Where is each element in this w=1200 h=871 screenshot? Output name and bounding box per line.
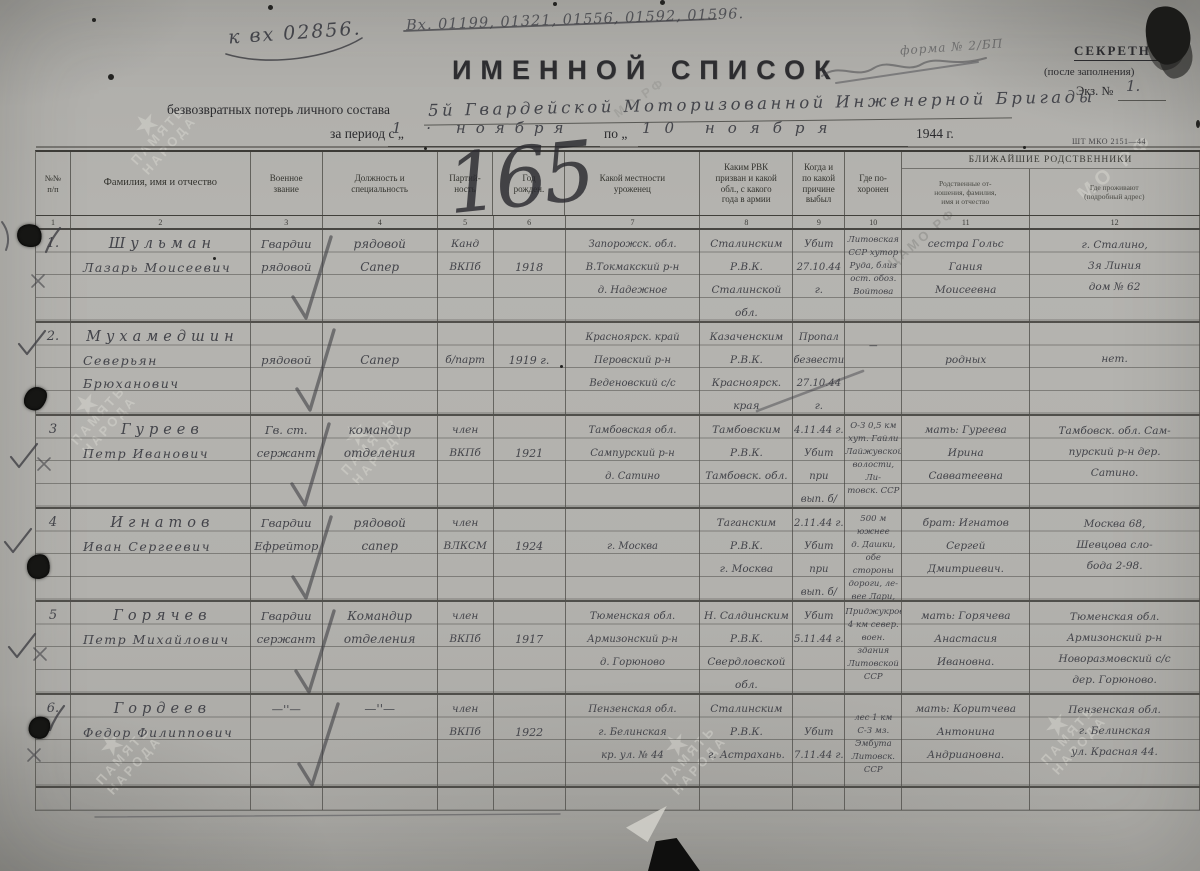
- relatives-group-title: БЛИЖАЙШИЕ РОДСТВЕННИКИ: [902, 152, 1199, 169]
- pencil-page-number: 165: [443, 131, 595, 228]
- cell-position: рядовой сапер: [323, 509, 438, 600]
- cell-rank: —''—: [251, 695, 323, 786]
- cell-num: 6.: [36, 695, 71, 786]
- cell-rank: Гвардии сержант: [251, 602, 323, 693]
- surname: Игнатов: [75, 512, 250, 535]
- cell-rvk: Казаченским Р.В.К. Красноярск. края: [700, 323, 793, 414]
- speck: [213, 257, 216, 260]
- cell-rvk: Тамбовским Р.В.К. Тамбовск. обл.: [700, 416, 793, 507]
- stamp-scribble: [836, 62, 978, 83]
- period-to-label: по „: [604, 126, 627, 142]
- cell-born: 1921: [494, 416, 566, 507]
- cell-born: 1922: [494, 695, 566, 786]
- cell-address: нет.: [1030, 323, 1200, 414]
- cell-birthplace: Пензенская обл. г. Белинская кр. ул. № 4…: [566, 695, 701, 786]
- speck: [424, 147, 427, 150]
- cell-rvk: Н. Салдинским Р.В.К. Свердловской обл.: [700, 602, 793, 693]
- reference-numbers-note: Вх. 01199, 01321, 01556, 01592, 01596.: [406, 6, 745, 34]
- cell-rank: рядовой: [251, 323, 323, 414]
- cell-name: ГорячевПетр Михайлович: [71, 602, 251, 693]
- col-num: 3: [251, 216, 323, 228]
- speck: [268, 5, 273, 10]
- pencil-line: [95, 814, 560, 817]
- col-num: 11: [902, 216, 1030, 228]
- cell-birthplace: Запорожск. обл. В.Токмакский р-н д. Наде…: [566, 230, 701, 321]
- cell-burial: О-З 0,5 км хут. Гайли Лайжувской волости…: [845, 416, 902, 507]
- col-num: 10: [845, 216, 902, 228]
- margin-check-mark: [5, 529, 31, 552]
- speck: [660, 0, 665, 5]
- col-num: 4: [323, 216, 438, 228]
- cell-rank: Гвардии Ефрейтор: [251, 509, 323, 600]
- cell-birthplace: г. Москва: [566, 509, 701, 600]
- cell-burial: 500 м южнее д. Дашки, обе стороны дороги…: [845, 509, 902, 600]
- col-header-relative: Родственные от- ношения, фамилия, имя и …: [902, 169, 1030, 215]
- cell-address: г. Сталино, 3я Линия дом № 62: [1030, 230, 1200, 321]
- cell-burial: Литовская ССР хутор Руда, близ ост. обоз…: [845, 230, 902, 321]
- cell-relative: брат: Игнатов Сергей Дмитриевич.: [902, 509, 1030, 600]
- col-header-name: Фамилия, имя и отчество: [71, 152, 251, 215]
- cell-party: член ВЛКСМ: [438, 509, 494, 600]
- period-year: 1944 г.: [916, 126, 954, 142]
- copy-number-value: 1.: [1126, 77, 1140, 95]
- cell-empty: [36, 788, 71, 810]
- cell-relative: мать: Горячева Анастасия Ивановна.: [902, 602, 1030, 693]
- cell-birthplace: Тамбовская обл. Сампурский р-н д. Сатино: [566, 416, 701, 507]
- col-header-rank: Военное звание: [251, 152, 323, 215]
- cell-relative: сестра Гольс Гания Моисеевна: [902, 230, 1030, 321]
- cell-burial: лес 1 км С-З мз. Эмбута Литовск. ССР: [845, 695, 902, 786]
- cell-party: б/парт: [438, 323, 494, 414]
- form-code: ШТ МКО 2151—44: [1072, 137, 1146, 146]
- cell-fate: Убит 7.11.44 г.: [793, 695, 845, 786]
- cell-name: ИгнатовИван Сергеевич: [71, 509, 251, 600]
- cell-address: Тамбовск. обл. Сам- пурский р-н дер. Сат…: [1030, 416, 1200, 507]
- cell-rank: Гв. ст. сержант: [251, 416, 323, 507]
- given-name: Иван Сергеевич: [75, 535, 250, 558]
- column-numbers-row: 1 2 3 4 5 6 7 8 9 10 11 12: [36, 216, 1200, 230]
- margin-check-mark: [9, 634, 35, 657]
- after-fill-label: (после заполнения): [1044, 66, 1134, 78]
- cell-born: 1919 г.: [494, 323, 566, 414]
- cell-burial: —: [845, 323, 902, 414]
- cell-empty: [700, 788, 793, 810]
- period-to-value: 10 ноября: [642, 119, 840, 137]
- cell-empty: [845, 788, 902, 810]
- incoming-number-note: к вх 02856.: [227, 17, 362, 48]
- margin-check-mark: [11, 444, 37, 467]
- cell-num: 1.: [36, 230, 71, 321]
- cell-fate: Пропал безвести 27.10.44 г.: [793, 323, 845, 414]
- cell-position: Сапер: [323, 323, 438, 414]
- cell-name: ГордеевФедор Филиппович: [71, 695, 251, 786]
- surname: Гордеев: [75, 698, 250, 721]
- cell-address: Тюменская обл. Армизонский р-н Новоразмо…: [1030, 602, 1200, 693]
- empty-row: [36, 788, 1200, 811]
- cell-rvk: Таганским Р.В.К. г. Москва: [700, 509, 793, 600]
- col-num: 2: [71, 216, 251, 228]
- form-stamp: форма № 2/БП: [900, 36, 1004, 57]
- col-header-num: №№ п/п: [36, 152, 71, 215]
- cell-born: 1918: [494, 230, 566, 321]
- cell-fate: Убит 27.10.44 г.: [793, 230, 845, 321]
- page-title: ИМЕННОЙ СПИСОК: [452, 55, 839, 86]
- cell-party: член ВКПб: [438, 602, 494, 693]
- given-name: Петр Иванович: [75, 442, 250, 465]
- cell-empty: [494, 788, 566, 810]
- cell-born: 1917: [494, 602, 566, 693]
- col-num: 8: [700, 216, 793, 228]
- cell-num: 3: [36, 416, 71, 507]
- col-num: 9: [793, 216, 845, 228]
- cell-position: —''—: [323, 695, 438, 786]
- cell-party: член ВКПб: [438, 416, 494, 507]
- speck: [1196, 120, 1200, 128]
- cell-address: Москва 68, Шевцова сло- бода 2-98.: [1030, 509, 1200, 600]
- cell-burial: Приджукрове 4 км север. воен. здания Лит…: [845, 602, 902, 693]
- cell-empty: [566, 788, 701, 810]
- cell-empty: [902, 788, 1030, 810]
- cell-empty: [251, 788, 323, 810]
- cell-birthplace: Тюменская обл. Армизонский р-н д. Горюно…: [566, 602, 701, 693]
- cell-fate: 4.11.44 г. Убит при вып. б/зад.: [793, 416, 845, 507]
- cell-empty: [1030, 788, 1200, 810]
- cell-rvk: Сталинским Р.В.К. Сталинской обл.: [700, 230, 793, 321]
- table-header-row: №№ п/п Фамилия, имя и отчество Военное з…: [36, 152, 1200, 216]
- margin-pen-mark: [2, 222, 8, 250]
- given-name: Федор Филиппович: [75, 721, 250, 744]
- given-name: Лазарь Моисеевич: [75, 256, 250, 279]
- speck: [560, 365, 563, 368]
- table-row: 5ГорячевПетр МихайловичГвардии сержантКо…: [36, 602, 1200, 695]
- speck: [92, 18, 96, 22]
- cell-rvk: Сталинским Р.В.К. г. Астрахань.: [700, 695, 793, 786]
- cell-relative: мать: Коритчева Антонина Андриановна.: [902, 695, 1030, 786]
- cell-name: ГуреевПетр Иванович: [71, 416, 251, 507]
- col-header-position: Должность и специальность: [323, 152, 438, 215]
- cell-address: Пензенская обл. г. Белинская ул. Красная…: [1030, 695, 1200, 786]
- col-num: 12: [1030, 216, 1200, 228]
- cell-empty: [71, 788, 251, 810]
- cell-party: Канд ВКПб: [438, 230, 494, 321]
- col-header-rvk: Каким РВК призван и какой обл., с какого…: [700, 152, 793, 215]
- cell-fate: 2.11.44 г. Убит при вып. б/зад.: [793, 509, 845, 600]
- cell-party: член ВКПб: [438, 695, 494, 786]
- speck: [1023, 146, 1026, 149]
- cell-position: рядовой Сапер: [323, 230, 438, 321]
- cell-relative: родных: [902, 323, 1030, 414]
- paper-fold: [626, 806, 674, 842]
- surname: Гуреев: [75, 419, 250, 442]
- cell-born: 1924: [494, 509, 566, 600]
- col-header-burial: Где по- хоронен: [845, 152, 902, 215]
- losses-table: №№ п/п Фамилия, имя и отчество Военное з…: [35, 150, 1200, 811]
- torn-notch: [648, 838, 700, 871]
- table-row: 3ГуреевПетр ИвановичГв. ст. сержанткоман…: [36, 416, 1200, 509]
- surname: Шульман: [75, 233, 250, 256]
- col-header-fate: Когда и по какой причине выбыл: [793, 152, 845, 215]
- surname: Мухамедшин: [75, 326, 250, 349]
- given-name: Северьян Брюханович: [75, 349, 250, 395]
- cell-name: МухамедшинСеверьян Брюханович: [71, 323, 251, 414]
- document-page: ★ ПАМЯТЬ НАРОДА ★ ПАМЯТЬ НАРОДА ★ ПАМЯТЬ…: [0, 0, 1200, 871]
- cell-name: ШульманЛазарь Моисеевич: [71, 230, 251, 321]
- subtitle-printed: безвозвратных потерь личного состава: [167, 102, 390, 118]
- cell-position: Командир отделения: [323, 602, 438, 693]
- cell-position: командир отделения: [323, 416, 438, 507]
- cell-rank: Гвардии рядовой: [251, 230, 323, 321]
- cell-fate: Убит 5.11.44 г.: [793, 602, 845, 693]
- speck: [108, 74, 114, 80]
- cell-empty: [323, 788, 438, 810]
- surname: Горячев: [75, 605, 250, 628]
- table-row: 6.ГордеевФедор Филиппович—''——''—член ВК…: [36, 695, 1200, 788]
- cell-birthplace: Красноярск. край Перовский р-н Веденовск…: [566, 323, 701, 414]
- table-row: 2.МухамедшинСеверьян Брюханович рядовой …: [36, 323, 1200, 416]
- cell-empty: [793, 788, 845, 810]
- given-name: Петр Михайлович: [75, 628, 250, 651]
- stamp-scribble: [822, 58, 986, 76]
- col-group-relatives: БЛИЖАЙШИЕ РОДСТВЕННИКИ Родственные от- н…: [902, 152, 1200, 215]
- table-body: 1.ШульманЛазарь МоисеевичГвардии рядовой…: [36, 230, 1200, 811]
- table-row: 1.ШульманЛазарь МоисеевичГвардии рядовой…: [36, 230, 1200, 323]
- col-num: 1: [36, 216, 71, 228]
- star-icon: ★: [131, 109, 160, 138]
- cell-num: 5: [36, 602, 71, 693]
- cell-relative: мать: Гуреева Ирина Савватеевна: [902, 416, 1030, 507]
- cell-empty: [438, 788, 494, 810]
- col-header-address: Где проживают (подробный адрес): [1030, 169, 1199, 215]
- table-row: 4ИгнатовИван СергеевичГвардии Ефрейторря…: [36, 509, 1200, 602]
- unit-name-handwritten: 5й Гвардейской Моторизованной Инженерной…: [428, 87, 1096, 120]
- speck: [553, 2, 557, 6]
- copy-number-underline: [1118, 100, 1166, 101]
